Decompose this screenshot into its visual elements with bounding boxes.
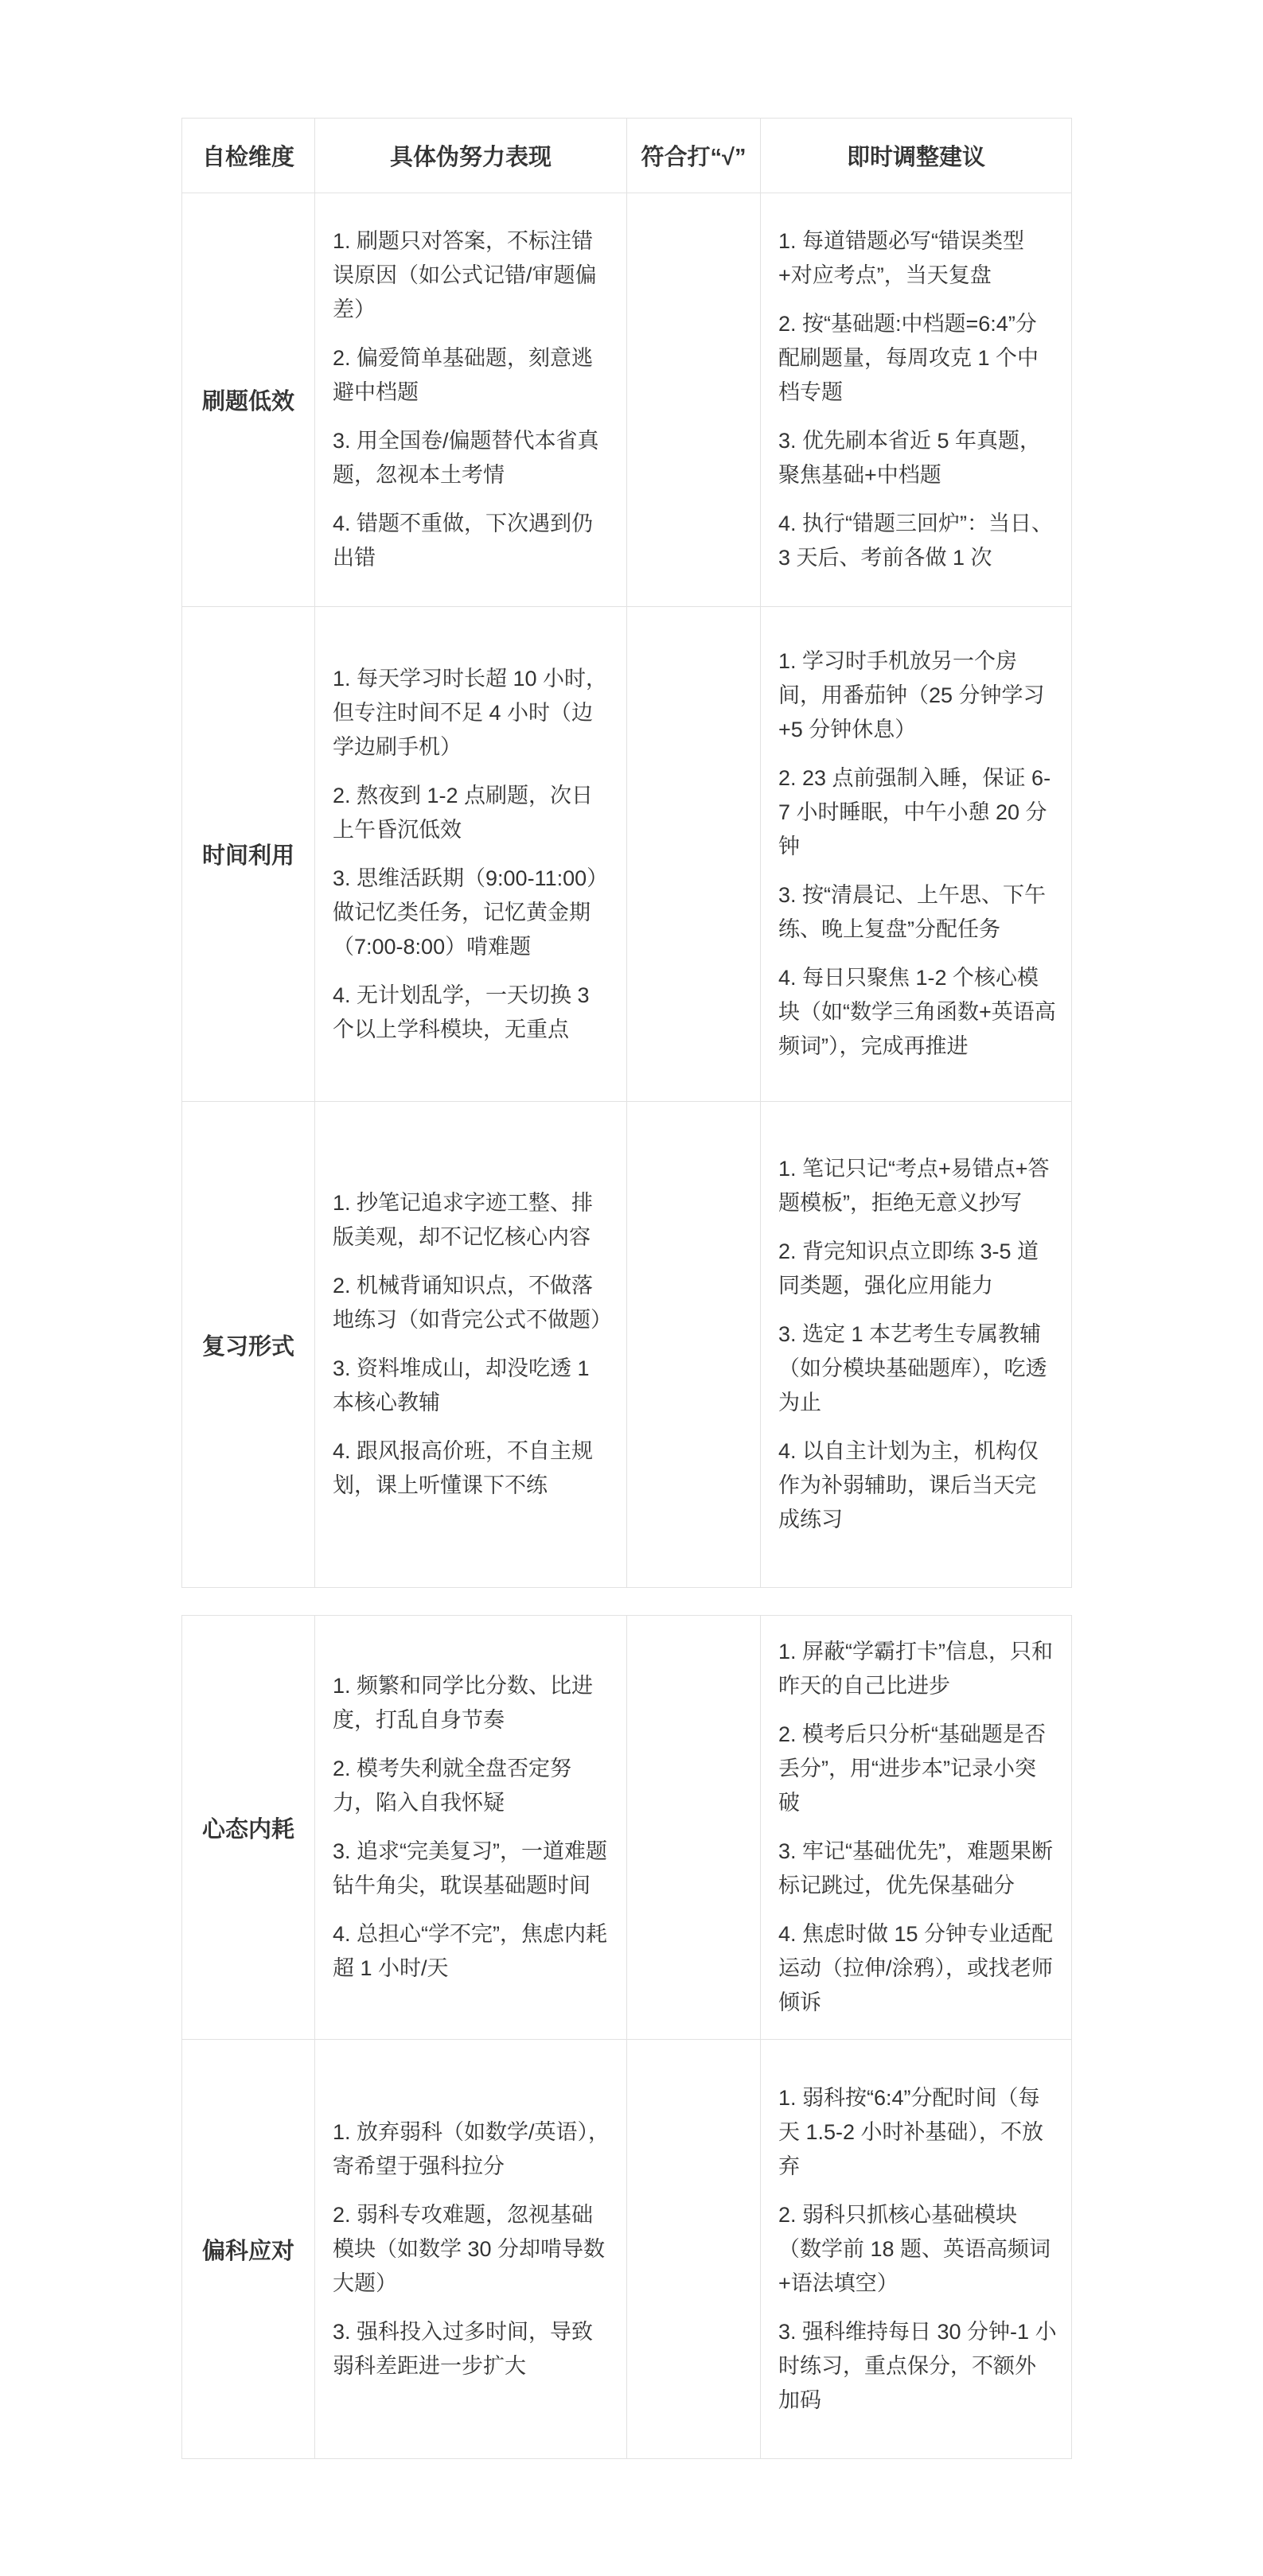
behaviors-cell: 1. 刷题只对答案，不标注错误原因（如公式记错/审题偏差）2. 偏爱简单基础题，… xyxy=(315,193,627,607)
cell-paragraph: 4. 执行“错题三回炉”：当日、3 天后、考前各做 1 次 xyxy=(778,507,1057,575)
cell-paragraph: 2. 模考失利就全盘否定努力，陷入自我怀疑 xyxy=(333,1752,612,1820)
cell-paragraph: 1. 放弃弱科（如数学/英语），寄希望于强科拉分 xyxy=(333,2115,612,2184)
cell-paragraph: 1. 每道错题必写“错误类型+对应考点”，当天复盘 xyxy=(778,224,1057,293)
cell-paragraph: 4. 无计划乱学，一天切换 3 个以上学科模块，无重点 xyxy=(333,979,612,1047)
cell-paragraph: 3. 资料堆成山，却没吃透 1 本核心教辅 xyxy=(333,1352,612,1420)
suggestions-cell: 1. 弱科按“6:4”分配时间（每天 1.5-2 小时补基础），不放弃2. 弱科… xyxy=(761,2040,1072,2459)
cell-paragraph: 2. 背完知识点立即练 3-5 道同类题，强化应用能力 xyxy=(778,1235,1057,1303)
cell-paragraph: 4. 焦虑时做 15 分钟专业适配运动（拉伸/涂鸦），或找老师倾诉 xyxy=(778,1917,1057,2020)
behaviors-cell: 1. 抄笔记追求字迹工整、排版美观，却不记忆核心内容2. 机械背诵知识点，不做落… xyxy=(315,1102,627,1588)
cell-paragraph: 2. 按“基础题:中档题=6:4”分配刷题量，每周攻克 1 个中档专题 xyxy=(778,307,1057,410)
cell-paragraph: 2. 弱科专攻难题，忽视基础模块（如数学 30 分却啃导数大题） xyxy=(333,2198,612,2301)
table-row-weak-subject: 偏科应对 1. 放弃弱科（如数学/英语），寄希望于强科拉分2. 弱科专攻难题，忽… xyxy=(182,2040,1072,2459)
behaviors-cell: 1. 放弃弱科（如数学/英语），寄希望于强科拉分2. 弱科专攻难题，忽视基础模块… xyxy=(315,2040,627,2459)
cell-paragraph: 3. 用全国卷/偏题替代本省真题，忽视本土考情 xyxy=(333,424,612,492)
self-check-table-part1: 自检维度 具体伪努力表现 符合打“√” 即时调整建议 刷题低效 1. 刷题只对答… xyxy=(181,118,1072,1588)
table-row-time: 时间利用 1. 每天学习时长超 10 小时，但专注时间不足 4 小时（边学边刷手… xyxy=(182,607,1072,1102)
suggestions-cell: 1. 笔记只记“考点+易错点+答题模板”，拒绝无意义抄写2. 背完知识点立即练 … xyxy=(761,1102,1072,1588)
cell-paragraph: 4. 跟风报高价班，不自主规划，课上听懂课下不练 xyxy=(333,1434,612,1503)
check-cell xyxy=(627,1102,761,1588)
cell-paragraph: 3. 牢记“基础优先”，难题果断标记跳过，优先保基础分 xyxy=(778,1835,1057,1903)
cell-paragraph: 4. 错题不重做，下次遇到仍出错 xyxy=(333,507,612,575)
cell-paragraph: 4. 每日只聚焦 1-2 个核心模块（如“数学三角函数+英语高频词”），完成再推… xyxy=(778,961,1057,1064)
suggestions-cell: 1. 每道错题必写“错误类型+对应考点”，当天复盘2. 按“基础题:中档题=6:… xyxy=(761,193,1072,607)
cell-paragraph: 3. 按“清晨记、上午思、下午练、晚上复盘”分配任务 xyxy=(778,878,1057,947)
cell-paragraph: 2. 弱科只抓核心基础模块（数学前 18 题、英语高频词+语法填空） xyxy=(778,2198,1057,2301)
suggestions-cell: 1. 屏蔽“学霸打卡”信息，只和昨天的自己比进步2. 模考后只分析“基础题是否丢… xyxy=(761,1616,1072,2040)
behaviors-cell: 1. 每天学习时长超 10 小时，但专注时间不足 4 小时（边学边刷手机）2. … xyxy=(315,607,627,1102)
cell-paragraph: 2. 机械背诵知识点，不做落地练习（如背完公式不做题） xyxy=(333,1269,612,1337)
header-check: 符合打“√” xyxy=(627,119,761,193)
check-cell xyxy=(627,1616,761,2040)
dimension-cell: 心态内耗 xyxy=(182,1616,315,2040)
cell-paragraph: 3. 优先刷本省近 5 年真题，聚焦基础+中档题 xyxy=(778,424,1057,492)
document-page: 自检维度 具体伪努力表现 符合打“√” 即时调整建议 刷题低效 1. 刷题只对答… xyxy=(0,0,1263,2576)
dimension-cell: 刷题低效 xyxy=(182,193,315,607)
table-row-brushing: 刷题低效 1. 刷题只对答案，不标注错误原因（如公式记错/审题偏差）2. 偏爱简… xyxy=(182,193,1072,607)
check-cell xyxy=(627,193,761,607)
cell-paragraph: 1. 刷题只对答案，不标注错误原因（如公式记错/审题偏差） xyxy=(333,224,612,327)
cell-paragraph: 3. 选定 1 本艺考生专属教辅（如分模块基础题库），吃透为止 xyxy=(778,1317,1057,1420)
cell-paragraph: 1. 学习时手机放另一个房间，用番茄钟（25 分钟学习+5 分钟休息） xyxy=(778,644,1057,747)
cell-paragraph: 2. 23 点前强制入睡，保证 6-7 小时睡眠，中午小憩 20 分钟 xyxy=(778,761,1057,864)
check-cell xyxy=(627,2040,761,2459)
header-dimension: 自检维度 xyxy=(182,119,315,193)
table-row-review: 复习形式 1. 抄笔记追求字迹工整、排版美观，却不记忆核心内容2. 机械背诵知识… xyxy=(182,1102,1072,1588)
self-check-table-part2: 心态内耗 1. 频繁和同学比分数、比进度，打乱自身节奏2. 模考失利就全盘否定努… xyxy=(181,1615,1072,2459)
dimension-cell: 复习形式 xyxy=(182,1102,315,1588)
cell-paragraph: 3. 强科投入过多时间，导致弱科差距进一步扩大 xyxy=(333,2315,612,2383)
check-cell xyxy=(627,607,761,1102)
behaviors-cell: 1. 频繁和同学比分数、比进度，打乱自身节奏2. 模考失利就全盘否定努力，陷入自… xyxy=(315,1616,627,2040)
cell-paragraph: 2. 模考后只分析“基础题是否丢分”，用“进步本”记录小突破 xyxy=(778,1718,1057,1820)
cell-paragraph: 1. 频繁和同学比分数、比进度，打乱自身节奏 xyxy=(333,1669,612,1737)
header-row: 自检维度 具体伪努力表现 符合打“√” 即时调整建议 xyxy=(182,119,1072,193)
cell-paragraph: 1. 笔记只记“考点+易错点+答题模板”，拒绝无意义抄写 xyxy=(778,1152,1057,1220)
header-suggestions: 即时调整建议 xyxy=(761,119,1072,193)
cell-paragraph: 2. 熬夜到 1-2 点刷题，次日上午昏沉低效 xyxy=(333,779,612,847)
header-behaviors: 具体伪努力表现 xyxy=(315,119,627,193)
cell-paragraph: 4. 总担心“学不完”，焦虑内耗超 1 小时/天 xyxy=(333,1917,612,1986)
cell-paragraph: 4. 以自主计划为主，机构仅作为补弱辅助，课后当天完成练习 xyxy=(778,1434,1057,1537)
table-row-mindset: 心态内耗 1. 频繁和同学比分数、比进度，打乱自身节奏2. 模考失利就全盘否定努… xyxy=(182,1616,1072,2040)
cell-paragraph: 1. 弱科按“6:4”分配时间（每天 1.5-2 小时补基础），不放弃 xyxy=(778,2081,1057,2184)
cell-paragraph: 1. 每天学习时长超 10 小时，但专注时间不足 4 小时（边学边刷手机） xyxy=(333,662,612,765)
cell-paragraph: 2. 偏爱简单基础题，刻意逃避中档题 xyxy=(333,341,612,410)
cell-paragraph: 1. 屏蔽“学霸打卡”信息，只和昨天的自己比进步 xyxy=(778,1635,1057,1703)
cell-paragraph: 3. 追求“完美复习”，一道难题钻牛角尖，耽误基础题时间 xyxy=(333,1835,612,1903)
suggestions-cell: 1. 学习时手机放另一个房间，用番茄钟（25 分钟学习+5 分钟休息）2. 23… xyxy=(761,607,1072,1102)
cell-paragraph: 3. 思维活跃期（9:00-11:00）做记忆类任务，记忆黄金期（7:00-8:… xyxy=(333,862,612,964)
dimension-cell: 时间利用 xyxy=(182,607,315,1102)
dimension-cell: 偏科应对 xyxy=(182,2040,315,2459)
cell-paragraph: 3. 强科维持每日 30 分钟-1 小时练习，重点保分，不额外加码 xyxy=(778,2315,1057,2418)
cell-paragraph: 1. 抄笔记追求字迹工整、排版美观，却不记忆核心内容 xyxy=(333,1186,612,1255)
